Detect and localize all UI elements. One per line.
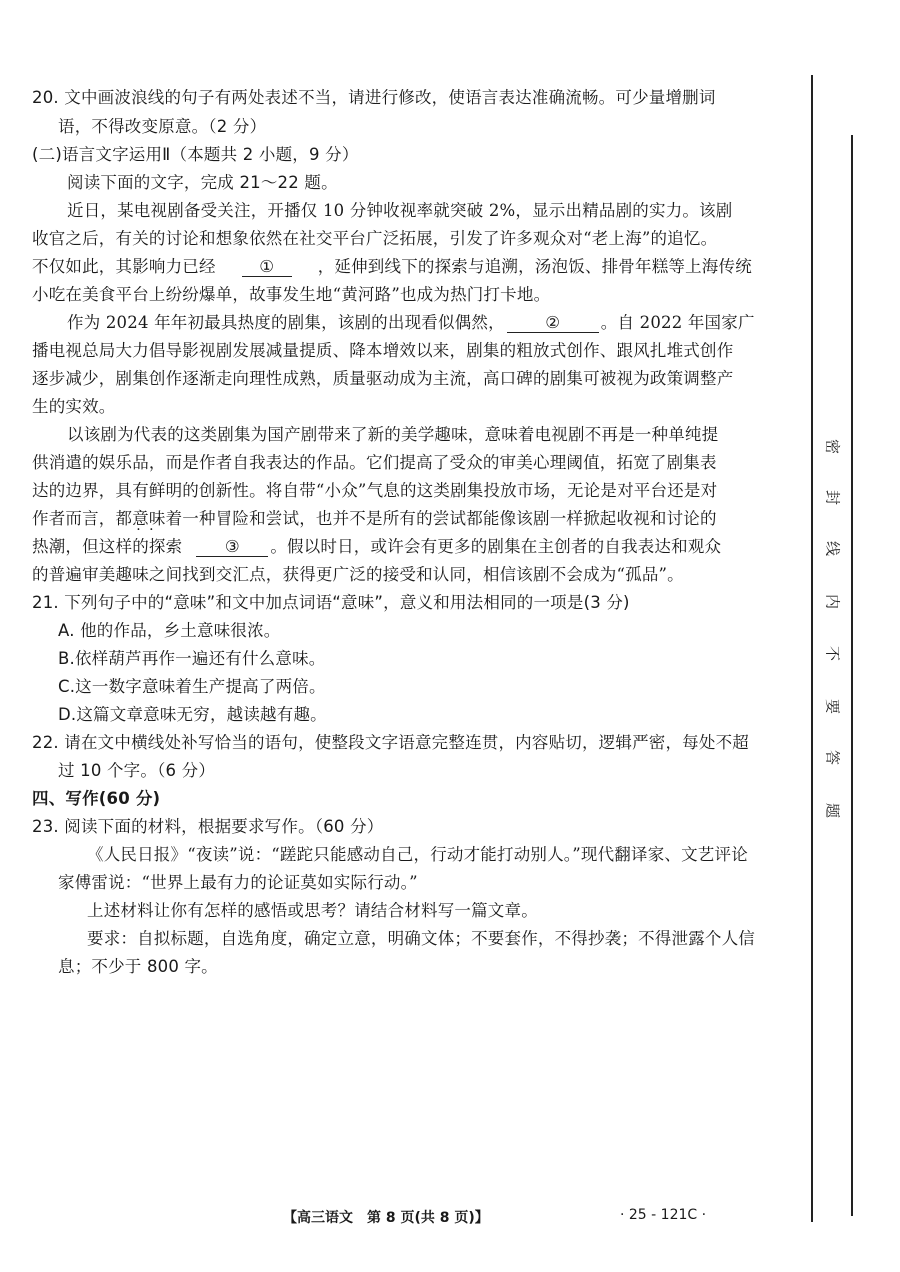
text-segment: ，延伸到线下的探索与追溯，汤泡饭、排骨年糕等上海传统 [318,257,752,276]
option-label: A. [58,621,75,640]
q23-requirements-line-1: 要求：自拟标题，自选角度，确定立意，明确文体；不要套作，不得抄袭；不得泄露个人信 [87,929,755,949]
passage-p2-line-1: 作为 2024 年年初最具热度的剧集，该剧的出现看似偶然，②。自 2022 年国… [67,313,755,333]
section-2-heading: (二)语言文字运用Ⅱ（本题共 2 小题，9 分） [32,145,359,165]
blank-2: ② [507,314,599,333]
passage-p3-line-1: 以该剧为代表的这类剧集为国产剧带来了新的美学趣味，意味着电视剧不再是一种单纯提 [67,425,718,445]
section-2-instruction: 阅读下面的文字，完成 21～22 题。 [67,173,338,193]
seal-line-inner [811,75,813,1222]
passage-p3-line-2: 供消遣的娱乐品，而是作者自我表达的作品。它们提高了受众的审美心理阈值，拓宽了剧集… [32,453,717,473]
text-segment: 。假以时日，或许会有更多的剧集在主创者的自我表达和观众 [270,537,721,556]
passage-p2-line-3: 逐步减少，剧集创作逐渐走向理性成熟，质量驱动成为主流，高口碑的剧集可被视为政策调… [32,369,733,389]
text-segment: 着一种冒险和尝试，也并不是所有的尝试都能像该剧一样掀起收视和讨论的 [166,509,717,528]
seal-char-bu: 不 [823,645,844,663]
dotted-word-yiwei: 意味 [132,509,165,529]
q21-option-d: D.这篇文章意味无穷，越读越有趣。 [58,705,327,725]
text-segment: 作者而言，都 [32,509,132,528]
text-segment: 不仅如此，其影响力已经 [32,257,216,276]
passage-p1-line-2: 收官之后，有关的讨论和想象依然在社交平台广泛拓展，引发了许多观众对“老上海”的追… [32,229,717,249]
footer-page-label: 【高三语文 第 8 页(共 8 页)】 [283,1207,489,1227]
seal-char-da: 答 [823,749,844,767]
passage-p2-line-2: 播电视总局大力倡导影视剧发展减量提质、降本增效以来，剧集的粗放式创作、跟风扎堆式… [32,341,733,361]
q21-option-b: B.依样葫芦再作一遍还有什么意味。 [58,649,325,669]
blank-3: ③ [196,538,268,557]
seal-char-feng: 封 [823,489,844,507]
passage-p1-line-4: 小吃在美食平台上纷纷爆单，故事发生地“黄河路”也成为热门打卡地。 [32,285,550,305]
q23-stem: 23. 阅读下面的材料，根据要求写作。（60 分） [32,817,383,837]
seal-line-outer [851,135,853,1216]
option-text: 这篇文章意味无穷，越读越有趣。 [76,705,327,724]
passage-p1-line-1: 近日，某电视剧备受关注，开播仅 10 分钟收视率就突破 2%，显示出精品剧的实力… [67,201,733,221]
q22-line-2: 过 10 个字。（6 分） [58,761,215,781]
seal-char-ti: 题 [823,802,844,820]
footer-code: · 25 - 121C · [620,1207,706,1223]
option-label: C. [58,677,75,696]
q23-requirements-line-2: 息；不少于 800 字。 [58,957,218,977]
option-label: D. [58,705,76,724]
option-text: 他的作品，乡土意味很浓。 [80,621,280,640]
q21-option-c: C.这一数字意味着生产提高了两倍。 [58,677,326,697]
seal-char-mi: 密 [823,438,844,456]
q21-option-a: A. 他的作品，乡土意味很浓。 [58,621,281,641]
q23-material-line-1: 《人民日报》“夜读”说：“蹉跎只能感动自己，行动才能打动别人。”现代翻译家、文艺… [87,845,748,865]
section-4-heading: 四、写作(60 分) [32,789,160,809]
q20-line-2: 语，不得改变原意。（2 分） [58,117,266,137]
passage-p3-line-6: 的普遍审美趣味之间找到交汇点，获得更广泛的接受和认同，相信该剧不会成为“孤品”。 [32,565,684,585]
passage-p2-line-4: 生的实效。 [32,397,116,417]
option-label: B. [58,649,75,668]
q20-line-1: 20. 文中画波浪线的句子有两处表述不当，请进行修改，使语言表达准确流畅。可少量… [32,88,716,108]
q21-stem: 21. 下列句子中的“意味”和文中加点词语“意味”，意义和用法相同的一项是(3 … [32,593,630,613]
passage-p3-line-3: 达的边界，具有鲜明的创新性。将自带“小众”气息的这类剧集投放市场，无论是对平台还… [32,481,717,501]
option-text: 这一数字意味着生产提高了两倍。 [75,677,326,696]
text-segment: 热潮，但这样的探索 [32,537,182,556]
blank-1: ① [242,258,292,277]
q22-line-1: 22. 请在文中横线处补写恰当的语句，使整段文字语意完整连贯，内容贴切，逻辑严密… [32,733,749,753]
text-segment: 作为 2024 年年初最具热度的剧集，该剧的出现看似偶然， [67,313,505,332]
q23-prompt: 上述材料让你有怎样的感悟或思考？请结合材料写一篇文章。 [87,901,538,921]
option-text: 依样葫芦再作一遍还有什么意味。 [75,649,326,668]
seal-char-yao: 要 [823,698,844,716]
passage-p1-line-3: 不仅如此，其影响力已经①，延伸到线下的探索与追溯，汤泡饭、排骨年糕等上海传统 [32,257,752,277]
passage-p3-line-5: 热潮，但这样的探索③。假以时日，或许会有更多的剧集在主创者的自我表达和观众 [32,537,721,557]
text-segment: 。自 2022 年国家广 [601,313,755,332]
seal-char-nei: 内 [823,593,844,611]
exam-page: 20. 文中画波浪线的句子有两处表述不当，请进行修改，使语言表达准确流畅。可少量… [0,0,900,1272]
q23-material-line-2: 家傅雷说：“世界上最有力的论证莫如实际行动。” [58,873,418,893]
passage-p3-line-4: 作者而言，都意味着一种冒险和尝试，也并不是所有的尝试都能像该剧一样掀起收视和讨论… [32,509,717,529]
seal-char-xian: 线 [823,540,844,558]
